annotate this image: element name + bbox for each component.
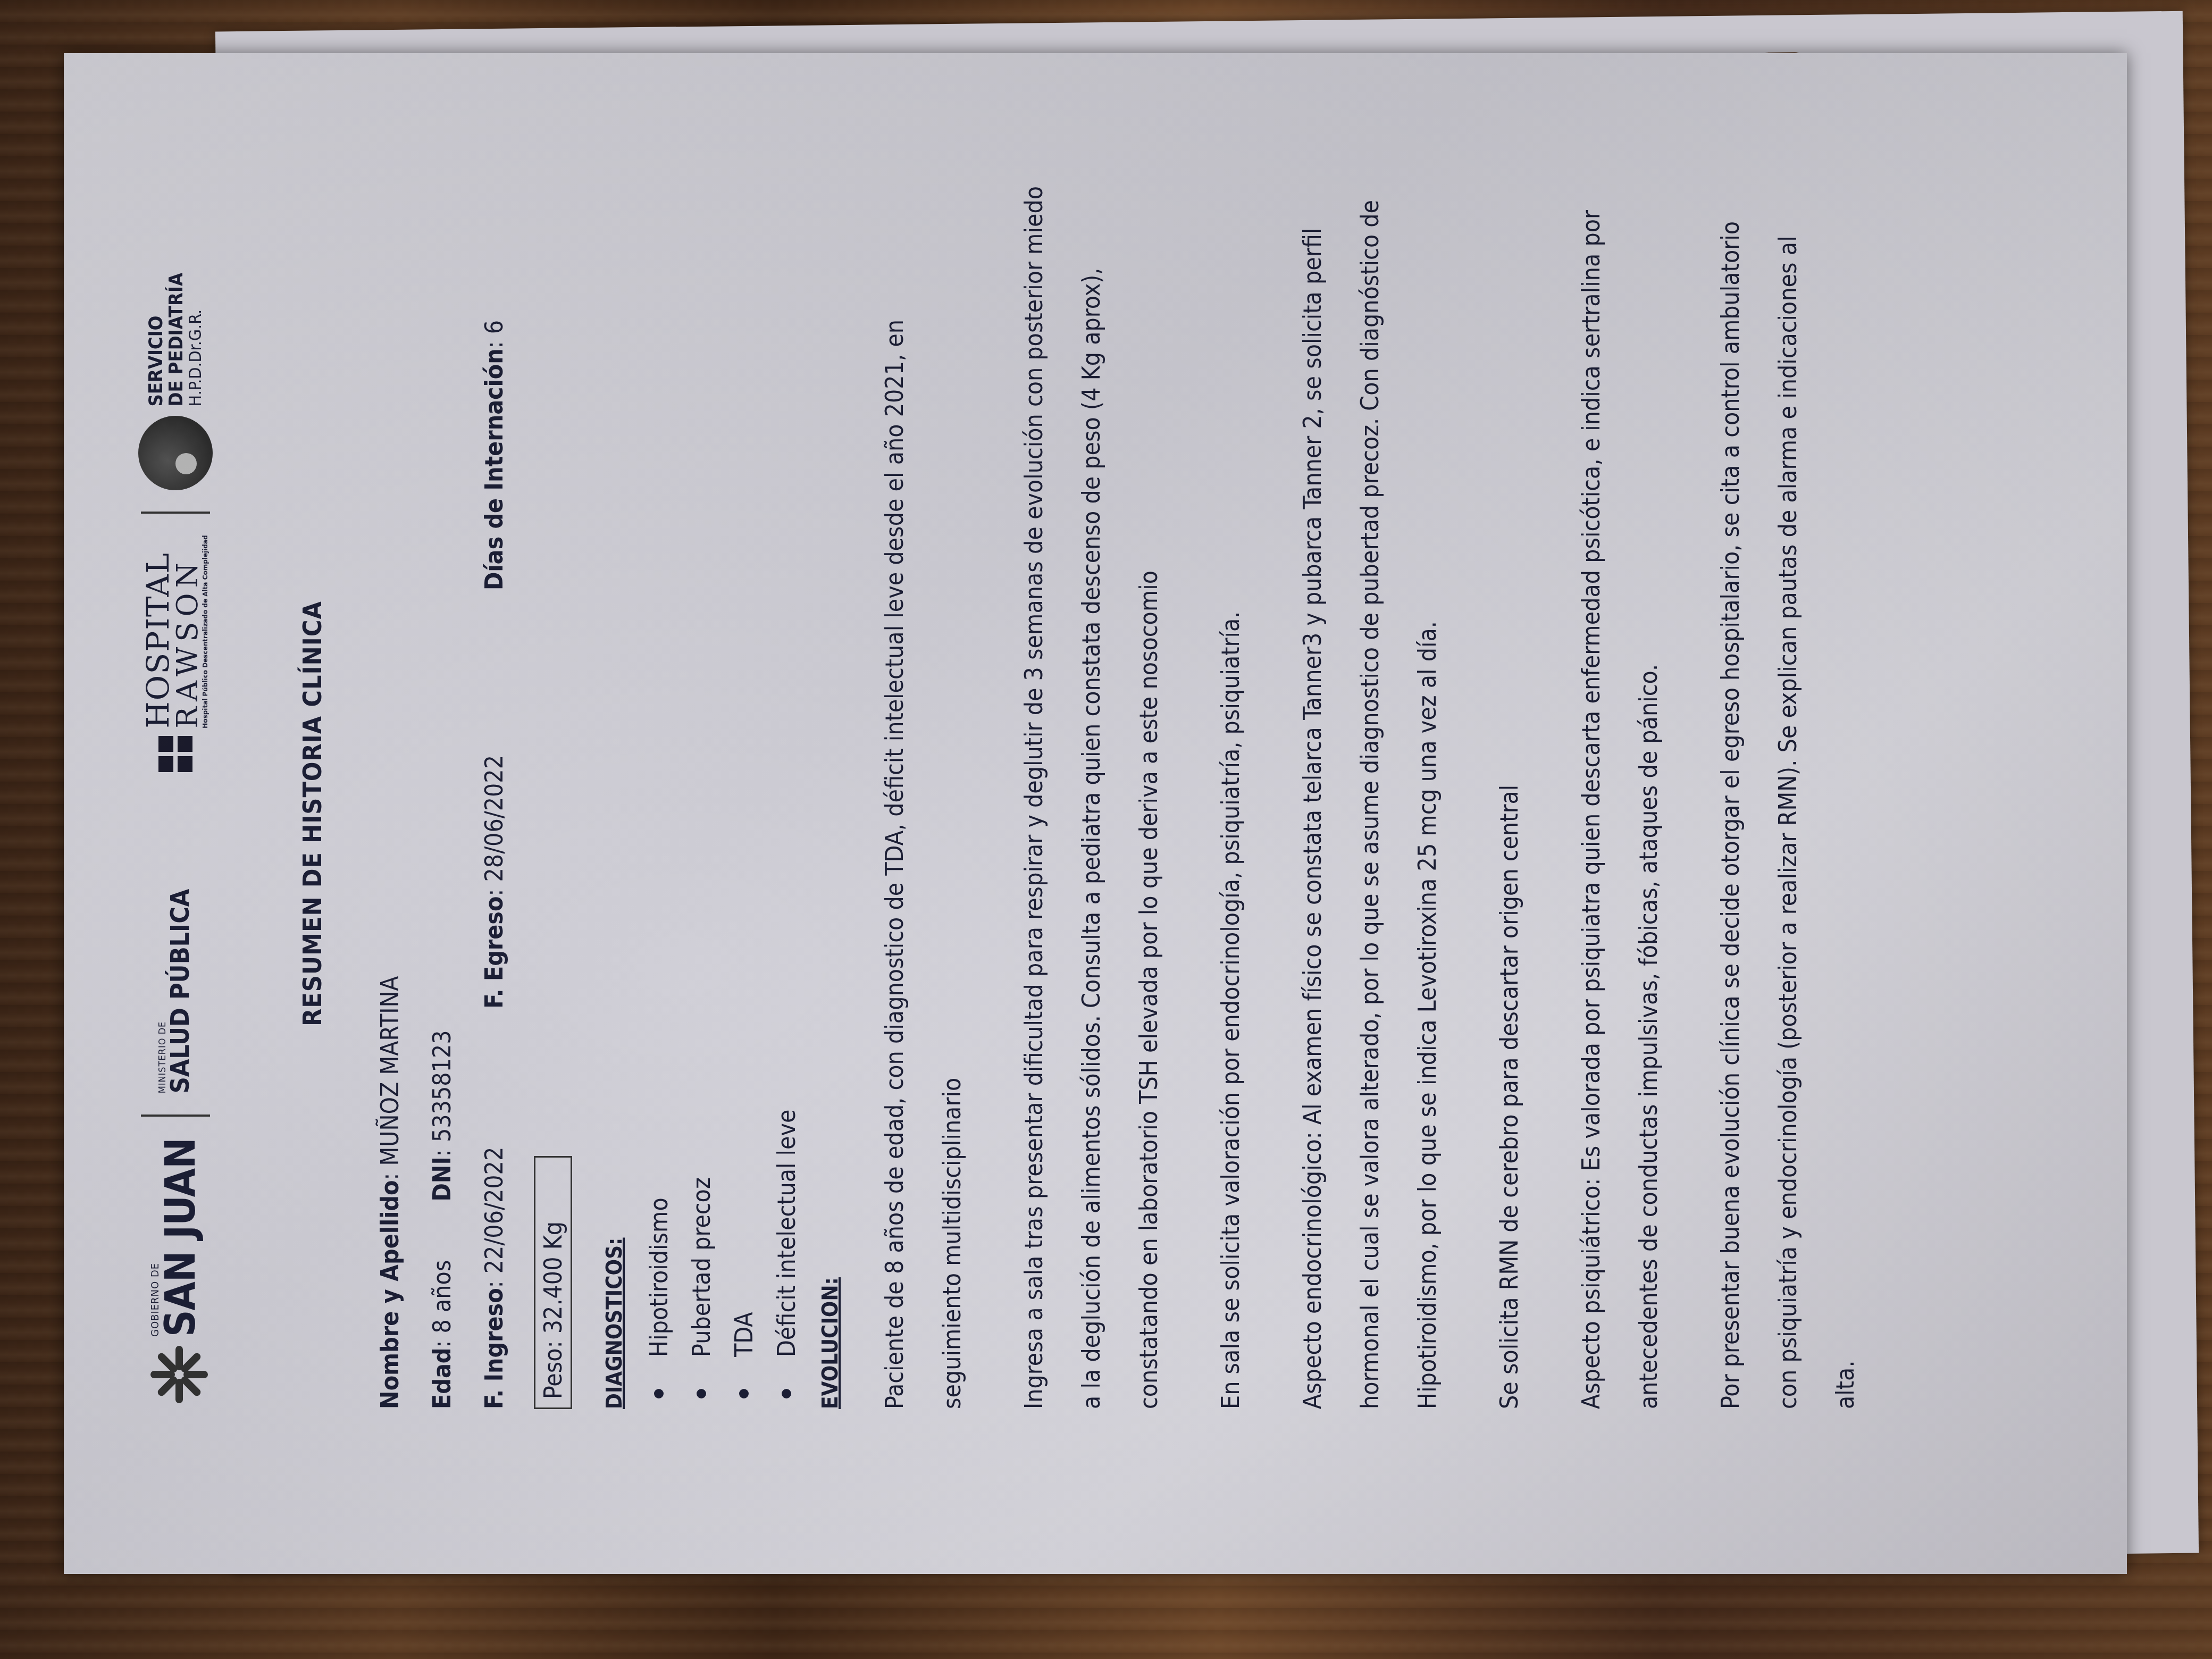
dni-label: DNI bbox=[430, 1157, 454, 1201]
letterhead: GOBIERNO DE SAN JUAN MINISTERIO DE SALUD… bbox=[96, 101, 255, 1526]
bullet-icon bbox=[697, 1389, 706, 1398]
ministry-big-text: SALUD PÚBLICA bbox=[167, 889, 193, 1094]
hospital-rawson-logo: HOSPITAL RAWSON Hospital Público Descent… bbox=[143, 535, 208, 772]
hospital-name-line1: HOSPITAL bbox=[143, 535, 173, 728]
list-item: Hipotiroidismo bbox=[647, 186, 671, 1409]
evolucion-paragraph: Se solicita RMN de cerebro para descarta… bbox=[1480, 186, 1538, 1409]
gobierno-san-juan-logo: GOBIERNO DE SAN JUAN bbox=[146, 1138, 205, 1404]
document-title: RESUMEN DE HISTORIA CLÍNICA bbox=[298, 101, 328, 1526]
diagnosticos-list: Hipotiroidismo Pubertad precoz TDA Défic… bbox=[647, 186, 799, 1409]
bullet-icon bbox=[654, 1389, 664, 1398]
pediatria-line1: SERVICIO bbox=[146, 273, 166, 407]
list-item: Déficit intelectual leve bbox=[774, 186, 799, 1409]
evolucion-paragraph: En sala se solicita valoración por endoc… bbox=[1202, 186, 1259, 1409]
evolucion-paragraph: Aspecto psiquiátrico: Es valorada por ps… bbox=[1562, 186, 1677, 1409]
dates-row: F. Ingreso : 22/06/2022 F. Egreso : 28/0… bbox=[482, 186, 506, 1409]
name-label: Nombre y Apellido bbox=[378, 1180, 402, 1409]
mother-child-icon bbox=[138, 416, 213, 490]
evolucion-paragraph: Por presentar buena evolución clínica se… bbox=[1702, 186, 1874, 1409]
divider bbox=[141, 1115, 210, 1117]
evolucion-paragraph: Ingresa a sala tras presentar dificultad… bbox=[1005, 186, 1177, 1409]
sun-icon bbox=[146, 1345, 205, 1404]
document-page: GOBIERNO DE SAN JUAN MINISTERIO DE SALUD… bbox=[96, 101, 2095, 1526]
ingreso-value: : 22/06/2022 bbox=[482, 1147, 506, 1288]
list-item: Pubertad precoz bbox=[689, 186, 714, 1409]
ministerio-salud-logo: MINISTERIO DE SALUD PÚBLICA bbox=[158, 889, 193, 1094]
ingreso-label: F. Ingreso bbox=[482, 1288, 506, 1409]
age-dni-row: Edad : 8 años DNI : 53358123 bbox=[430, 186, 454, 1409]
bullet-icon bbox=[782, 1389, 791, 1398]
age-label: Edad bbox=[430, 1348, 454, 1409]
hospital-subtitle: Hospital Público Descentralizado de Alta… bbox=[202, 535, 208, 728]
pediatria-line3: H.P.D.Dr.G.R. bbox=[187, 273, 205, 407]
evolucion-paragraph: Aspecto endocrinológico: Al examen físic… bbox=[1284, 186, 1456, 1409]
dni-value: : 53358123 bbox=[430, 1030, 454, 1157]
diagnosticos-heading: DIAGNOSTICOS: bbox=[604, 186, 625, 1409]
list-item: TDA bbox=[732, 186, 756, 1409]
servicio-pediatria-logo: SERVICIO DE PEDIATRÍA H.P.D.Dr.G.R. bbox=[138, 273, 213, 491]
name-value: : MUÑOZ MARTINA bbox=[378, 976, 402, 1180]
bullet-icon bbox=[739, 1389, 749, 1398]
patient-name-row: Nombre y Apellido : MUÑOZ MARTINA bbox=[378, 186, 402, 1409]
document-sheet: GOBIERNO DE SAN JUAN MINISTERIO DE SALUD… bbox=[64, 53, 2127, 1574]
egreso-value: : 28/06/2022 bbox=[482, 755, 506, 896]
age-value: : 8 años bbox=[430, 1260, 454, 1348]
evolucion-paragraph: Paciente de 8 años de edad, con diagnost… bbox=[866, 186, 981, 1409]
evolucion-heading: EVOLUCION: bbox=[820, 186, 841, 1409]
document-body: Nombre y Apellido : MUÑOZ MARTINA Edad :… bbox=[378, 186, 1893, 1409]
divider bbox=[141, 512, 210, 514]
egreso-label: F. Egreso bbox=[482, 896, 506, 1009]
dias-label: Días de Internación bbox=[482, 348, 506, 590]
dias-value: : 6 bbox=[482, 320, 506, 348]
peso-box: Peso: 32.400 Kg bbox=[534, 1156, 572, 1409]
pediatria-line2: DE PEDIATRÍA bbox=[166, 273, 187, 407]
gov-big-text: SAN JUAN bbox=[160, 1138, 202, 1337]
hospital-mark-icon bbox=[158, 736, 192, 772]
hospital-name-line2: RAWSON bbox=[173, 535, 202, 728]
